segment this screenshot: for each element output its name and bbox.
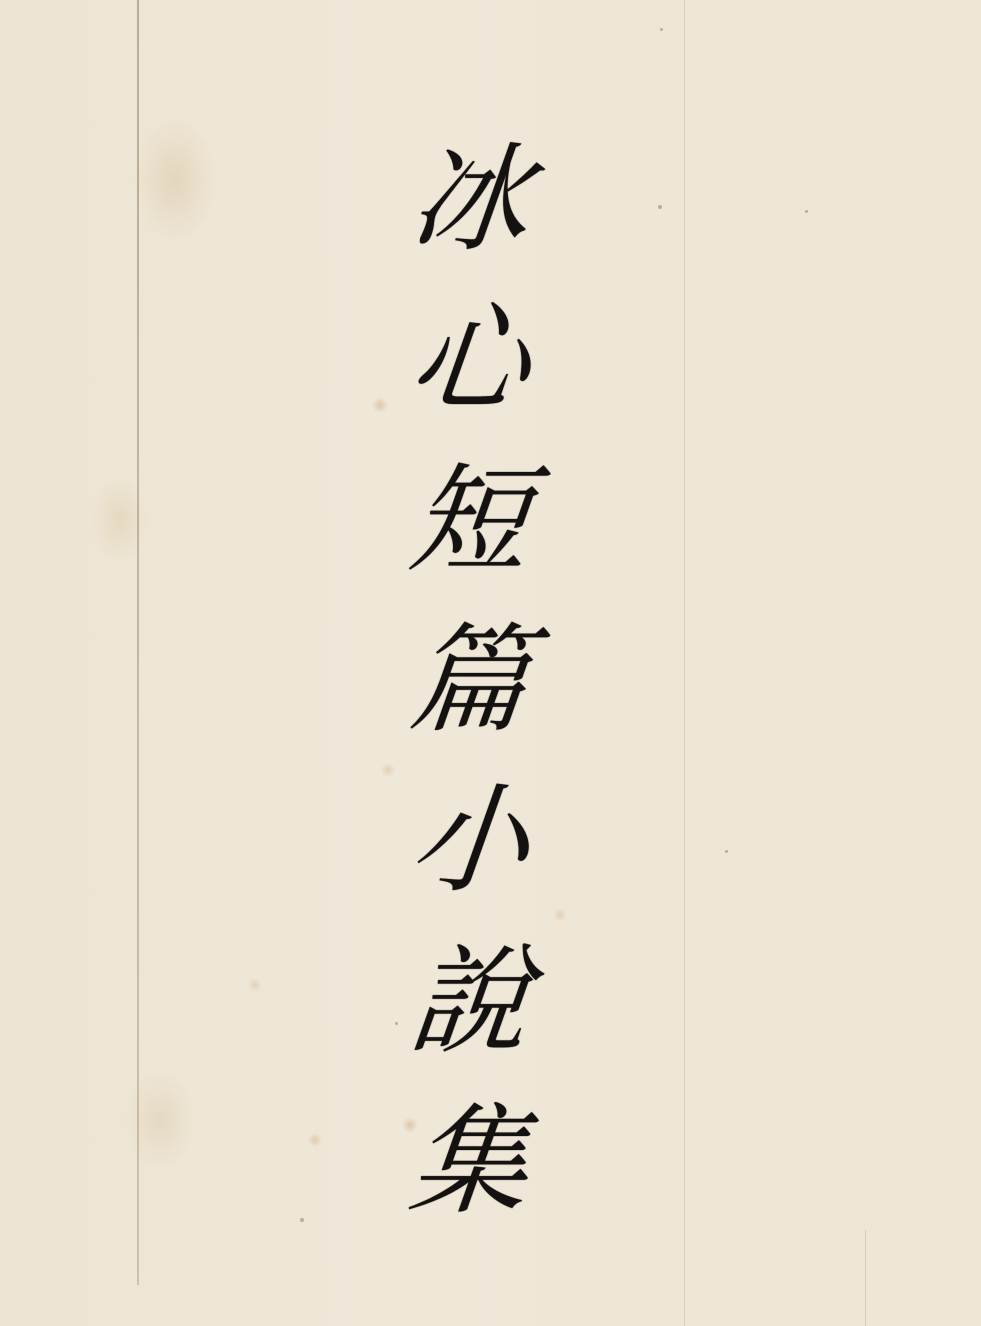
paper-speck	[805, 210, 808, 213]
left-fold-line	[137, 0, 139, 1285]
right-fold-line	[684, 0, 685, 1326]
calligraphy-character: 短	[405, 461, 535, 579]
paper-speck	[725, 850, 728, 853]
calligraphy-character: 小	[405, 781, 535, 899]
calligraphy-character: 冰	[405, 140, 535, 258]
calligraphy-character: 心	[405, 300, 535, 418]
paper-speck	[300, 1218, 304, 1222]
calligraphy-character: 篇	[405, 621, 535, 739]
calligraphy-character: 集	[405, 1102, 535, 1220]
calligraphy-title-column: 冰 心 短 篇 小 說 集	[385, 140, 555, 1220]
edge-crease	[865, 1230, 866, 1326]
calligraphy-character: 說	[405, 942, 535, 1060]
paper-speck	[660, 28, 663, 31]
paper-speck	[658, 205, 662, 209]
aged-paper-sheet: 冰 心 短 篇 小 說 集	[0, 0, 981, 1326]
